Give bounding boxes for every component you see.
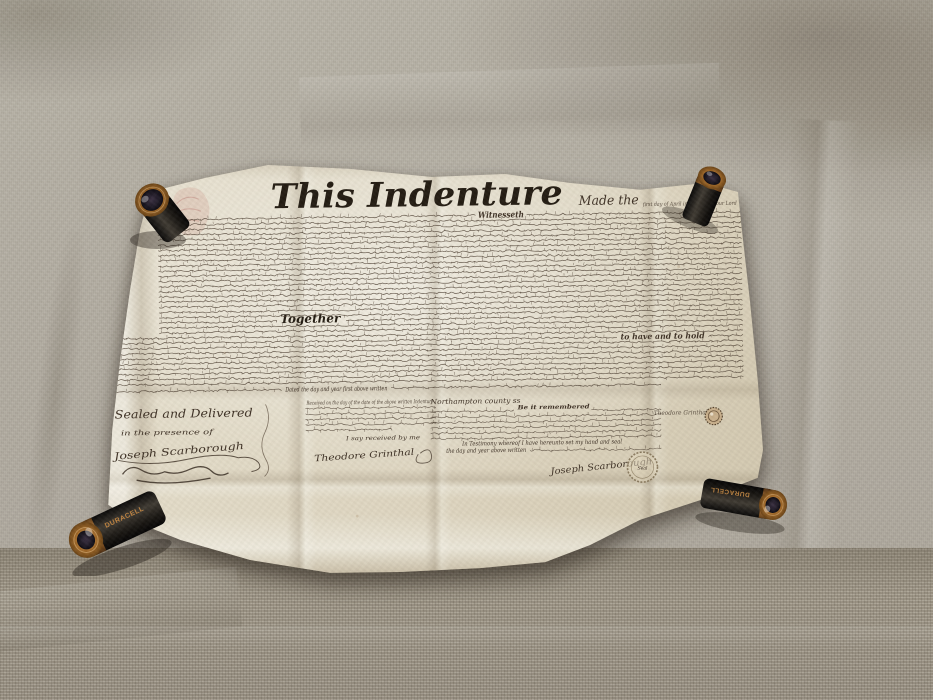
title-continuation: Made the (578, 193, 639, 209)
receipt-handwriting-lines (306, 403, 436, 433)
county-clause: Northampton county ss (429, 397, 521, 406)
be-it-remembered: Be it remembered (516, 403, 590, 411)
testimony-line2: the day and year above written (446, 447, 526, 455)
battery-top-left (112, 170, 192, 252)
signature-paraph (416, 450, 432, 463)
battery-bottom-right: DURACELL (678, 455, 803, 540)
receipt-signature: Theodore Grinthal (314, 448, 415, 465)
grantor-signature: Theodore Grinthal (654, 409, 708, 417)
battery-top-right (650, 152, 750, 237)
presence-text: in the presence of (121, 428, 215, 437)
wax-seal (705, 407, 722, 424)
battery-cylinder (681, 162, 730, 228)
embossed-seal: Seal (627, 452, 657, 482)
photograph-scene: This Indenture Made the first day of Apr… (0, 0, 933, 700)
body-handwriting-lines (111, 208, 743, 395)
testimony-line1: In Testimony whereof I have hereunto set… (461, 438, 622, 447)
receipt-closing: I say received by me (345, 435, 421, 442)
keyword-together: Together (280, 311, 342, 326)
battery-bottom-left: DURACELL (50, 476, 190, 576)
column-divider-flourish (261, 404, 269, 476)
sealed-delivered-text: Sealed and Delivered (115, 406, 253, 422)
receipt-heading: Received on the day of the date of the a… (306, 399, 434, 407)
keyword-dated-line: Dated the day and year first above writt… (285, 385, 388, 393)
witness-signature: Joseph Scarborough (111, 441, 244, 463)
seal-label: Seal (637, 466, 648, 472)
